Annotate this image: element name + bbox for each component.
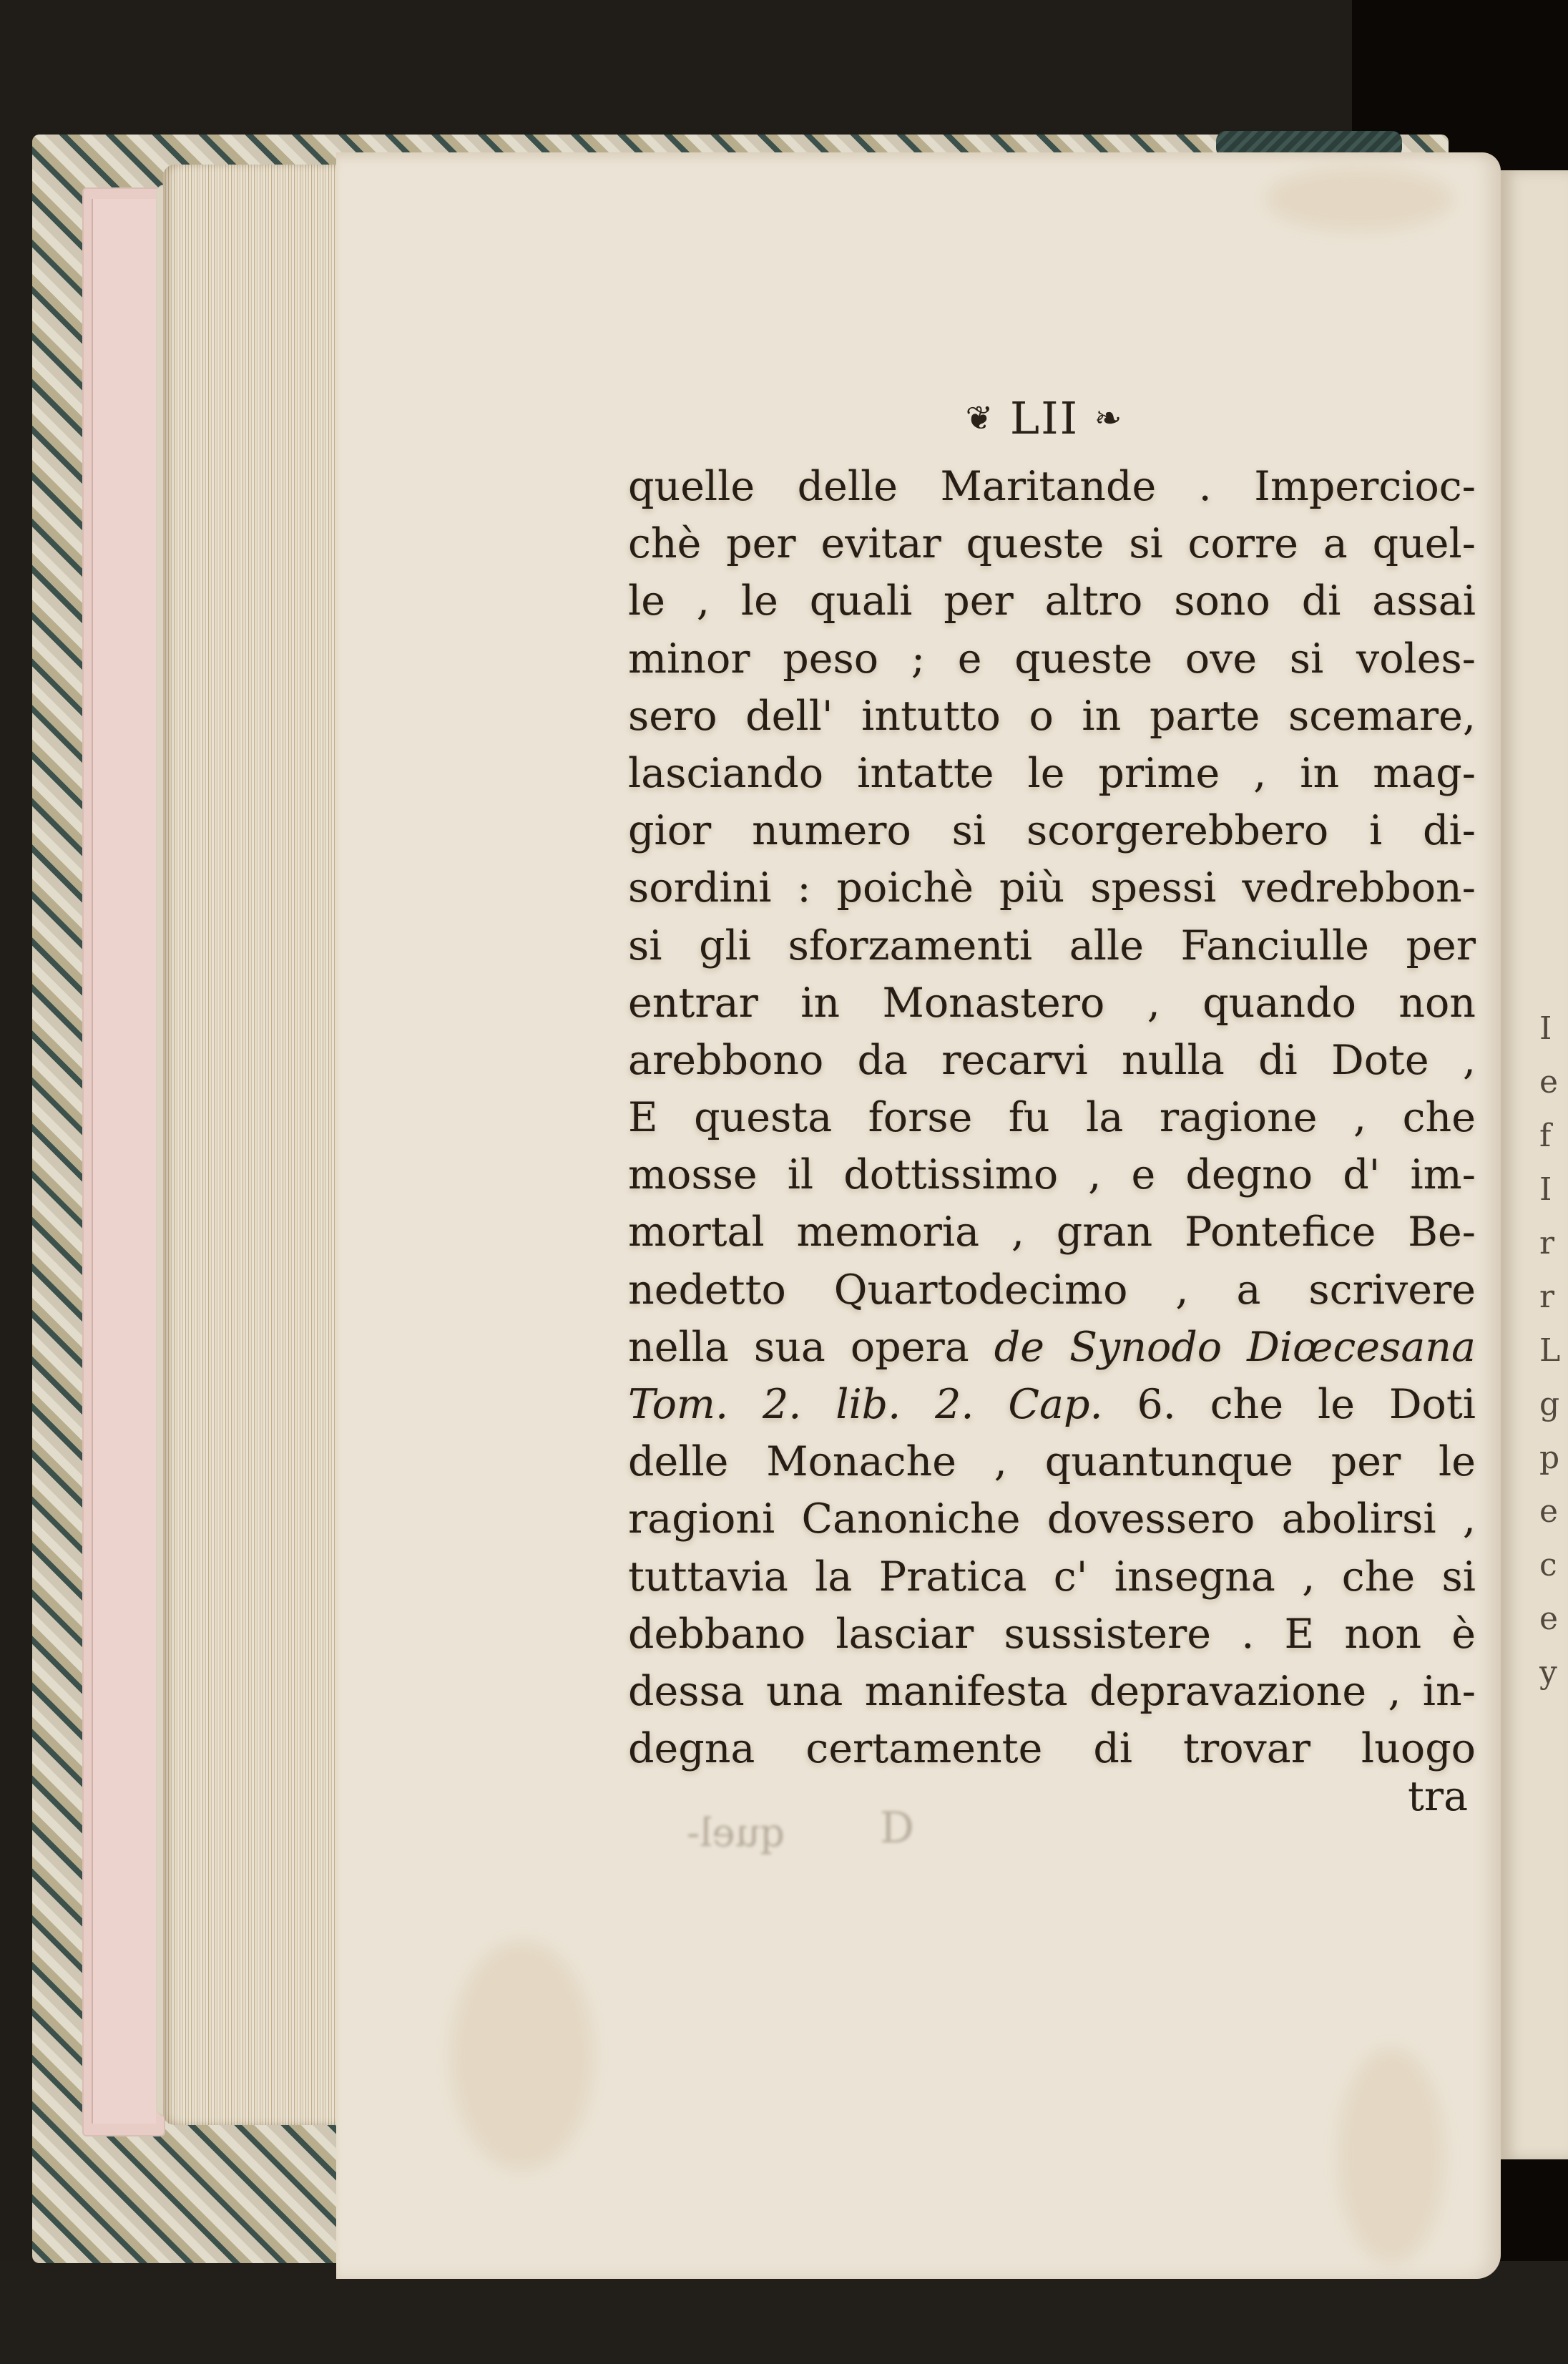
- text-line: ragioni Canoniche dovessero abolirsi ,: [628, 1490, 1476, 1548]
- text-line: le , le quali per altro sono di assai: [628, 572, 1476, 630]
- fleuron-right-icon: ❧: [1094, 399, 1124, 437]
- text-line: gior numero si scorgerebbero i di-: [628, 802, 1476, 859]
- fore-edge-page-stack: [163, 165, 342, 2125]
- text-line: E questa forse fu la ragione , che: [628, 1089, 1476, 1146]
- text-line: sero dell' intutto o in parte scemare,: [628, 688, 1476, 745]
- body-text: quelle delle Maritande . Impercioc- chè …: [628, 458, 1476, 1777]
- citation-reference: Tom. 2. lib. 2. Cap.: [628, 1381, 1103, 1428]
- text-line: debbano lasciar sussistere . E non è: [628, 1606, 1476, 1663]
- text-line: minor peso ; e queste ove si voles-: [628, 630, 1476, 688]
- text-line: dessa una manifesta depravazione , in-: [628, 1663, 1476, 1720]
- next-page-partial-text: I e f I r r L g p e c e y: [1539, 1002, 1568, 1699]
- text-line: nedetto Quartodecimo , a scrivere: [628, 1261, 1476, 1319]
- text-line: chè per evitar queste si corre a quel-: [628, 515, 1476, 572]
- text-line: si gli sforzamenti alle Fanciulle per: [628, 917, 1476, 975]
- paper-stain: [1266, 167, 1452, 231]
- pink-endpaper-inner: [92, 199, 156, 2124]
- text-line: sordini : poichè più spessi vedrebbon-: [628, 859, 1476, 917]
- text-line: lasciando intatte le prime , in mag-: [628, 745, 1476, 802]
- text-line: tuttavia la Pratica c' insegna , che si: [628, 1548, 1476, 1606]
- text-line-citation: nella sua opera de Synodo Diœcesana: [628, 1319, 1476, 1376]
- running-header: ❦ LII ❧: [908, 392, 1180, 449]
- paper-stain: [451, 1941, 594, 2170]
- text-line: mosse il dottissimo , e degno d' im-: [628, 1146, 1476, 1203]
- text-line-citation: Tom. 2. lib. 2. Cap. 6. che le Doti: [628, 1376, 1476, 1433]
- catchword: tra: [1408, 1773, 1468, 1820]
- bleed-through-text: quel-: [687, 1810, 785, 1855]
- text-line: degna certamente di trovar luogo: [628, 1720, 1476, 1777]
- text-line: mortal memoria , gran Pontefice Be-: [628, 1203, 1476, 1261]
- page-number: LII: [1010, 392, 1079, 444]
- text-line: quelle delle Maritande . Impercioc-: [628, 458, 1476, 515]
- paper-stain: [1338, 2048, 1445, 2263]
- text-line: arebbono da recarvi nulla di Dote ,: [628, 1032, 1476, 1089]
- fleuron-left-icon: ❦: [966, 399, 995, 437]
- text-line: entrar in Monastero , quando non: [628, 975, 1476, 1032]
- bleed-through-text: D: [880, 1803, 914, 1853]
- text-line: delle Monache , quantunque per le: [628, 1433, 1476, 1490]
- citation-title: de Synodo Diœcesana: [994, 1324, 1476, 1371]
